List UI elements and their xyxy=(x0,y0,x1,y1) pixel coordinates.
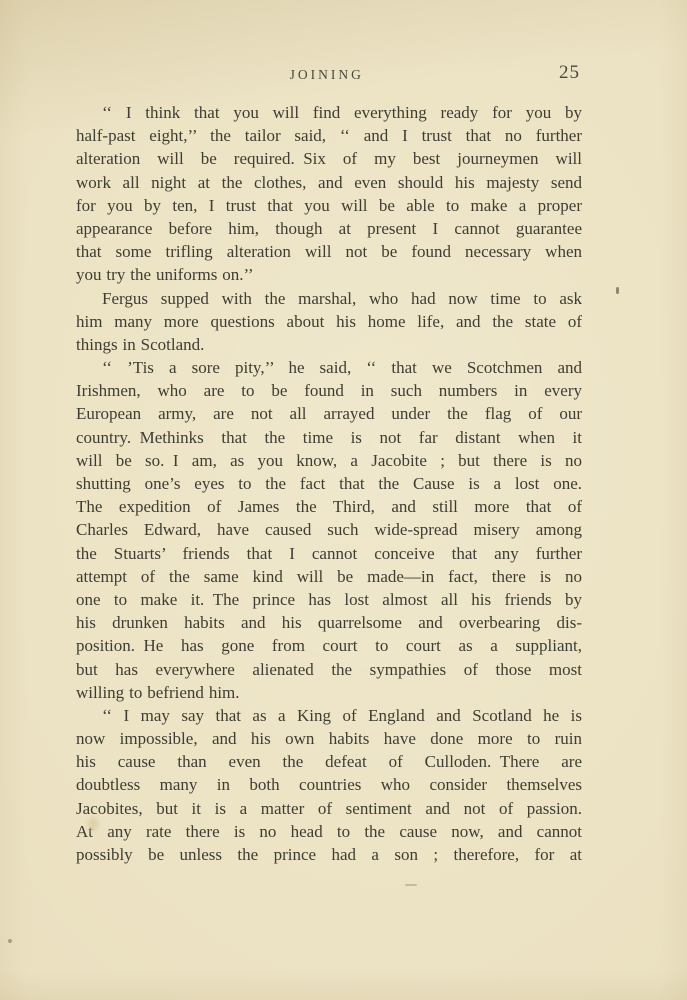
scan-speck xyxy=(8,939,12,943)
paragraph: ‘‘ ’Tis a sore pity,’’ he said, ‘‘ that … xyxy=(76,356,582,704)
text-line: alteration will be required. Six of my b… xyxy=(76,147,582,170)
scan-speck xyxy=(405,884,417,886)
text-line: European army, are not all arrayed under… xyxy=(76,402,582,425)
text-line: position. He has gone from court to cour… xyxy=(76,634,582,657)
text-block: JOINING 25 ‘‘ I think that you will find… xyxy=(76,62,582,866)
scan-speck xyxy=(616,287,619,294)
running-title: JOINING xyxy=(290,67,364,83)
text-line: that some trifling alteration will not b… xyxy=(76,240,582,263)
text-line: doubtless many in both countries who con… xyxy=(76,773,582,796)
text-line: half-past eight,’’ the tailor said, ‘‘ a… xyxy=(76,124,582,147)
text-line: At any rate there is no head to the caus… xyxy=(76,820,582,843)
text-line: attempt of the same kind will be made—in… xyxy=(76,565,582,588)
text-line: for you by ten, I trust that you will be… xyxy=(76,194,582,217)
text-line: ‘‘ ’Tis a sore pity,’’ he said, ‘‘ that … xyxy=(76,356,582,379)
paragraph: ‘‘ I may say that as a King of England a… xyxy=(76,704,582,866)
book-page-scan: JOINING 25 ‘‘ I think that you will find… xyxy=(0,0,687,1000)
text-line: Jacobites, but it is a matter of sentime… xyxy=(76,797,582,820)
text-line: willing to befriend him. xyxy=(76,681,582,704)
text-line: appearance before him, though at present… xyxy=(76,217,582,240)
text-line: the Stuarts’ friends that I cannot conce… xyxy=(76,542,582,565)
text-line: him many more questions about his home l… xyxy=(76,310,582,333)
text-line: work all night at the clothes, and even … xyxy=(76,171,582,194)
text-line: his cause than even the defeat of Cullod… xyxy=(76,750,582,773)
text-line: Fergus supped with the marshal, who had … xyxy=(76,287,582,310)
text-line: but has everywhere alienated the sympath… xyxy=(76,658,582,681)
text-line: will be so. I am, as you know, a Jacobit… xyxy=(76,449,582,472)
text-line: things in Scotland. xyxy=(76,333,582,356)
text-line: Charles Edward, have caused such wide-sp… xyxy=(76,518,582,541)
paragraph: ‘‘ I think that you will find everything… xyxy=(76,101,582,287)
page-header: JOINING 25 xyxy=(76,62,582,84)
text-line: one to make it. The prince has lost almo… xyxy=(76,588,582,611)
text-line: ‘‘ I think that you will find everything… xyxy=(76,101,582,124)
paragraph: Fergus supped with the marshal, who had … xyxy=(76,287,582,357)
text-line: The expedition of James the Third, and s… xyxy=(76,495,582,518)
text-line: country. Methinks that the time is not f… xyxy=(76,426,582,449)
text-line: now impossible, and his own habits have … xyxy=(76,727,582,750)
text-line: Irishmen, who are to be found in such nu… xyxy=(76,379,582,402)
text-line: possibly be unless the prince had a son … xyxy=(76,843,582,866)
page-number: 25 xyxy=(559,62,580,84)
page-body: ‘‘ I think that you will find everything… xyxy=(76,101,582,866)
text-line: you try the uniforms on.’’ xyxy=(76,263,582,286)
text-line: his drunken habits and his quarrelsome a… xyxy=(76,611,582,634)
text-line: ‘‘ I may say that as a King of England a… xyxy=(76,704,582,727)
text-line: shutting one’s eyes to the fact that the… xyxy=(76,472,582,495)
